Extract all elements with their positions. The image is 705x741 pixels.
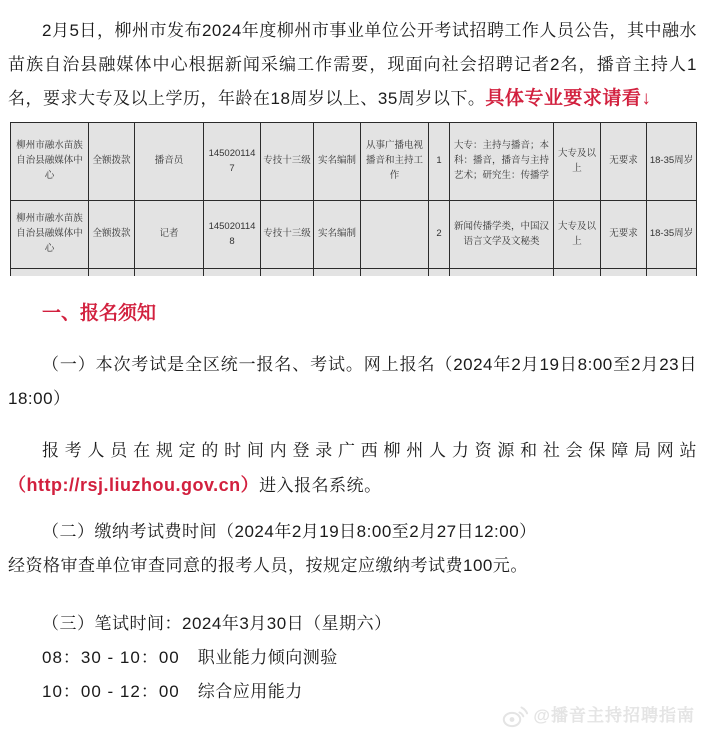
cell-other-req: 无要求 xyxy=(601,201,647,269)
table-row-cutoff xyxy=(11,269,697,277)
para-login-lead: 报考人员在规定的时间内登录广西柳州人力资源和社会保障局网站 xyxy=(8,434,697,468)
cell-duty xyxy=(361,201,429,269)
cell-code: 1450201148 xyxy=(204,201,261,269)
cell-other-req: 无要求 xyxy=(601,123,647,201)
para-fee-time: （二）缴纳考试费时间（2024年2月19日8:00至2月27日12:00） xyxy=(8,515,697,549)
cell-major: 大专：主持与播音；本科：播音，播音与主持艺术；研究生：传播学 xyxy=(450,123,554,201)
cell-position: 记者 xyxy=(135,201,204,269)
schedule-subject: 综合应用能力 xyxy=(198,682,303,701)
para-fee-amount: 经资格审查单位审查同意的报考人员，按规定应缴纳考试费100元。 xyxy=(8,549,697,583)
registration-site-link[interactable]: （http://rsj.liuzhou.gov.cn） xyxy=(8,475,259,495)
schedule-time: 10：00 - 12：00 xyxy=(42,682,180,701)
schedule-time: 08：30 - 10：00 xyxy=(42,648,180,667)
weibo-icon xyxy=(502,704,529,728)
job-table: 柳州市融水苗族自治县融媒体中心 全额拨款 播音员 1450201147 专技十三… xyxy=(10,122,697,276)
cell-code: 1450201147 xyxy=(204,123,261,201)
cell-unit: 柳州市融水苗族自治县融媒体中心 xyxy=(11,123,89,201)
cell-funding: 全额拨款 xyxy=(89,123,135,201)
cell-position: 播音员 xyxy=(135,123,204,201)
table-row: 柳州市融水苗族自治县融媒体中心 全额拨款 播音员 1450201147 专技十三… xyxy=(11,123,697,201)
para-login: 报考人员在规定的时间内登录广西柳州人力资源和社会保障局网站（http://rsj… xyxy=(8,434,697,503)
article-page: 2月5日，柳州市发布2024年度柳州市事业单位公开考试招聘工作人员公告，其中融水… xyxy=(0,0,705,741)
cell-education: 大专及以上 xyxy=(554,201,601,269)
schedule-line: 08：30 - 10：00职业能力倾向测验 xyxy=(8,641,697,675)
section-heading: 一、报名须知 xyxy=(8,298,697,330)
para-exam-date: （三）笔试时间：2024年3月30日（星期六） xyxy=(8,607,697,641)
intro-highlight: 具体专业要求请看↓ xyxy=(485,88,651,109)
cell-headcount: 2 xyxy=(429,201,450,269)
cell-duty: 从事广播电视播音和主持工作 xyxy=(361,123,429,201)
cell-headcount: 1 xyxy=(429,123,450,201)
schedule-subject: 职业能力倾向测验 xyxy=(198,648,338,667)
cell-unit: 柳州市融水苗族自治县融媒体中心 xyxy=(11,201,89,269)
cell-grade: 专技十三级 xyxy=(261,201,314,269)
cell-major: 新闻传播学类，中国汉语言文学及文秘类 xyxy=(450,201,554,269)
cell-grade: 专技十三级 xyxy=(261,123,314,201)
cell-age: 18-35周岁 xyxy=(647,123,697,201)
cell-establishment: 实名编制 xyxy=(314,201,361,269)
para-login-tail: 进入报名系统。 xyxy=(259,476,382,495)
watermark: @播音主持招聘指南 xyxy=(502,699,695,733)
job-table-container: 柳州市融水苗族自治县融媒体中心 全额拨款 播音员 1450201147 专技十三… xyxy=(10,122,697,276)
para-registration: （一）本次考试是全区统一报名、考试。网上报名（2024年2月19日8:00至2月… xyxy=(8,348,697,416)
table-row: 柳州市融水苗族自治县融媒体中心 全额拨款 记者 1450201148 专技十三级… xyxy=(11,201,697,269)
intro-paragraph: 2月5日，柳州市发布2024年度柳州市事业单位公开考试招聘工作人员公告，其中融水… xyxy=(8,14,697,116)
cell-education: 大专及以上 xyxy=(554,123,601,201)
cell-establishment: 实名编制 xyxy=(314,123,361,201)
cell-age: 18-35周岁 xyxy=(647,201,697,269)
watermark-handle: @播音主持招聘指南 xyxy=(533,699,695,733)
cell-funding: 全额拨款 xyxy=(89,201,135,269)
